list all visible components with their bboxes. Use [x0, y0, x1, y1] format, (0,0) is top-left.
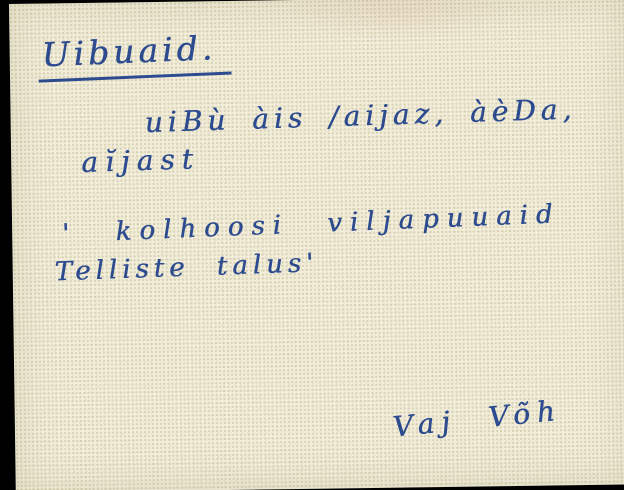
headword: Uibuaid.: [37, 28, 231, 83]
example-quote-line-2: Telliste talus': [54, 248, 318, 287]
example-quote-line-1: ' kolhoosi viljapuuaid: [62, 199, 561, 249]
index-card: Uibuaid. uiBù àis /aijaz, àèDa, aĭjast '…: [9, 0, 624, 490]
word-forms-line-1: uiBù àis /aijaz, àèDa,: [144, 93, 577, 140]
word-forms-line-2: aĭjast: [81, 142, 201, 179]
collector-signature: Vaj Võh: [391, 394, 563, 444]
scanned-card-frame: Uibuaid. uiBù àis /aijaz, àèDa, aĭjast '…: [0, 0, 624, 490]
